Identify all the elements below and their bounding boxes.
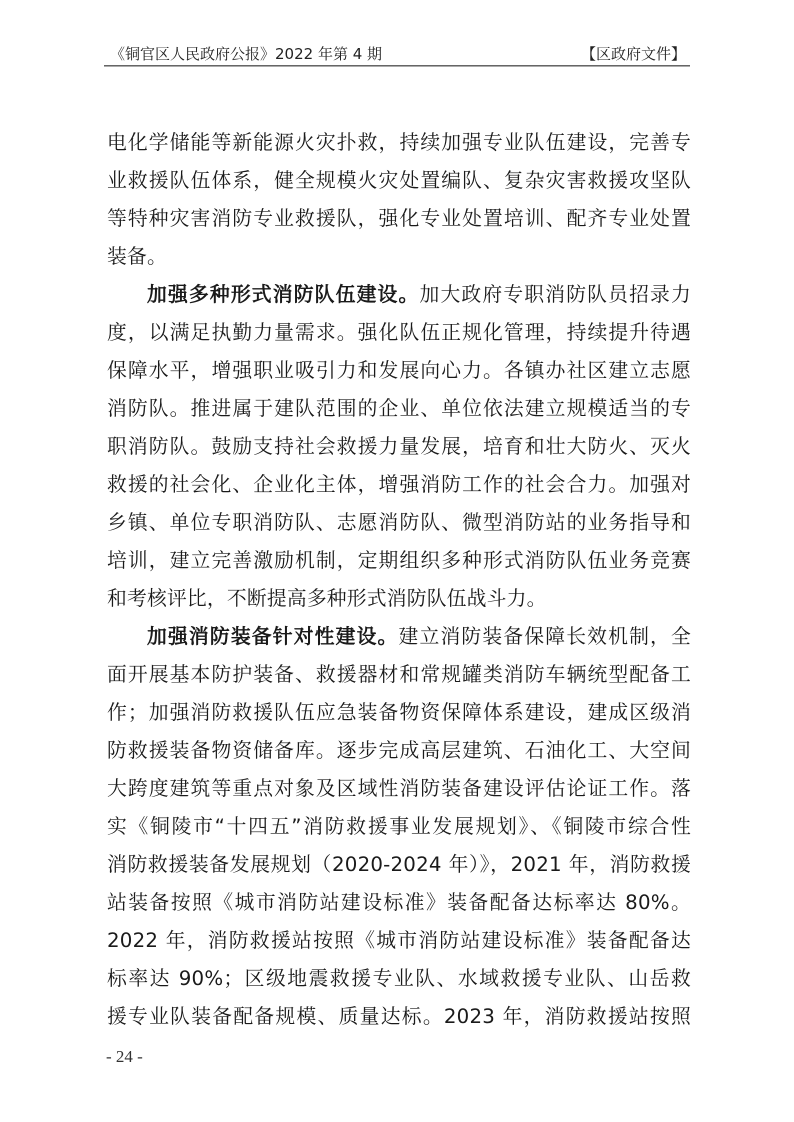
text-line: 标率达 90%；区级地震救援专业队、水域救援专业队、山岳救 xyxy=(107,960,691,998)
text-line: 和考核评比，不断提高多种形式消防队伍战斗力。 xyxy=(107,580,691,618)
text-line: 业救援队伍体系，健全规模火灾处置编队、复杂灾害救援攻坚队 xyxy=(107,162,691,200)
text-line: 消防救援装备发展规划（2020-2024 年）》，2021 年，消防救援 xyxy=(107,846,691,884)
page-number: - 24 - xyxy=(106,1047,143,1067)
paragraph-heading: 加强消防装备针对性建设。 xyxy=(147,625,399,648)
paragraph-fire-equipment: 加强消防装备针对性建设。建立消防装备保障长效机制，全 面开展基本防护装备、救援器… xyxy=(107,618,691,1036)
text-line: 加强消防装备针对性建设。建立消防装备保障长效机制，全 xyxy=(107,618,691,656)
text-line: 等特种灾害消防专业救援队，强化专业处置培训、配齐专业处置 xyxy=(107,200,691,238)
section-label: 【区政府文件】 xyxy=(581,43,686,64)
text-line: 乡镇、单位专职消防队、志愿消防队、微型消防站的业务指导和 xyxy=(107,504,691,542)
text-line: 实《铜陵市“十四五”消防救援事业发展规划》、《铜陵市综合性 xyxy=(107,808,691,846)
publication-title: 《铜官区人民政府公报》2022 年第 4 期 xyxy=(110,43,382,64)
text-line: 消防队。推进属于建队范围的企业、单位依法建立规模适当的专 xyxy=(107,390,691,428)
text-line: 电化学储能等新能源火灾扑救，持续加强专业队伍建设，完善专 xyxy=(107,124,691,162)
text-line: 职消防队。鼓励支持社会救援力量发展，培育和壮大防火、灭火 xyxy=(107,428,691,466)
text-line: 大跨度建筑等重点对象及区域性消防装备建设评估论证工作。落 xyxy=(107,770,691,808)
paragraph-fire-teams: 加强多种形式消防队伍建设。加大政府专职消防队员招录力 度，以满足执勤力量需求。强… xyxy=(107,276,691,618)
text-line: 培训，建立完善激励机制，定期组织多种形式消防队伍业务竞赛 xyxy=(107,542,691,580)
text-line: 面开展基本防护装备、救援器材和常规罐类消防车辆统型配备工 xyxy=(107,656,691,694)
text-line: 保障水平，增强职业吸引力和发展向心力。各镇办社区建立志愿 xyxy=(107,352,691,390)
text-line: 2022 年，消防救援站按照《城市消防站建设标准》装备配备达 xyxy=(107,922,691,960)
document-body: 电化学储能等新能源火灾扑救，持续加强专业队伍建设，完善专 业救援队伍体系，健全规… xyxy=(107,124,691,1036)
text-line: 防救援装备物资储备库。逐步完成高层建筑、石油化工、大空间 xyxy=(107,732,691,770)
paragraph-heading: 加强多种形式消防队伍建设。 xyxy=(147,283,419,306)
text-line: 度，以满足执勤力量需求。强化队伍正规化管理，持续提升待遇 xyxy=(107,314,691,352)
text-line: 救援的社会化、企业化主体，增强消防工作的社会合力。加强对 xyxy=(107,466,691,504)
text-line: 装备。 xyxy=(107,238,691,276)
text-line: 作；加强消防救援队伍应急装备物资保障体系建设，建成区级消 xyxy=(107,694,691,732)
text-run: 建立消防装备保障长效机制，全 xyxy=(399,625,691,648)
text-line: 加强多种形式消防队伍建设。加大政府专职消防队员招录力 xyxy=(107,276,691,314)
text-line: 站装备按照《城市消防站建设标准》装备配备达标率达 80%。 xyxy=(107,884,691,922)
header-divider xyxy=(104,65,690,67)
text-run: 加大政府专职消防队员招录力 xyxy=(419,283,691,306)
paragraph-continuation: 电化学储能等新能源火灾扑救，持续加强专业队伍建设，完善专 业救援队伍体系，健全规… xyxy=(107,124,691,276)
text-line: 援专业队装备配备规模、质量达标。2023 年，消防救援站按照 xyxy=(107,998,691,1036)
page-header: 《铜官区人民政府公报》2022 年第 4 期 【区政府文件】 xyxy=(104,40,690,64)
